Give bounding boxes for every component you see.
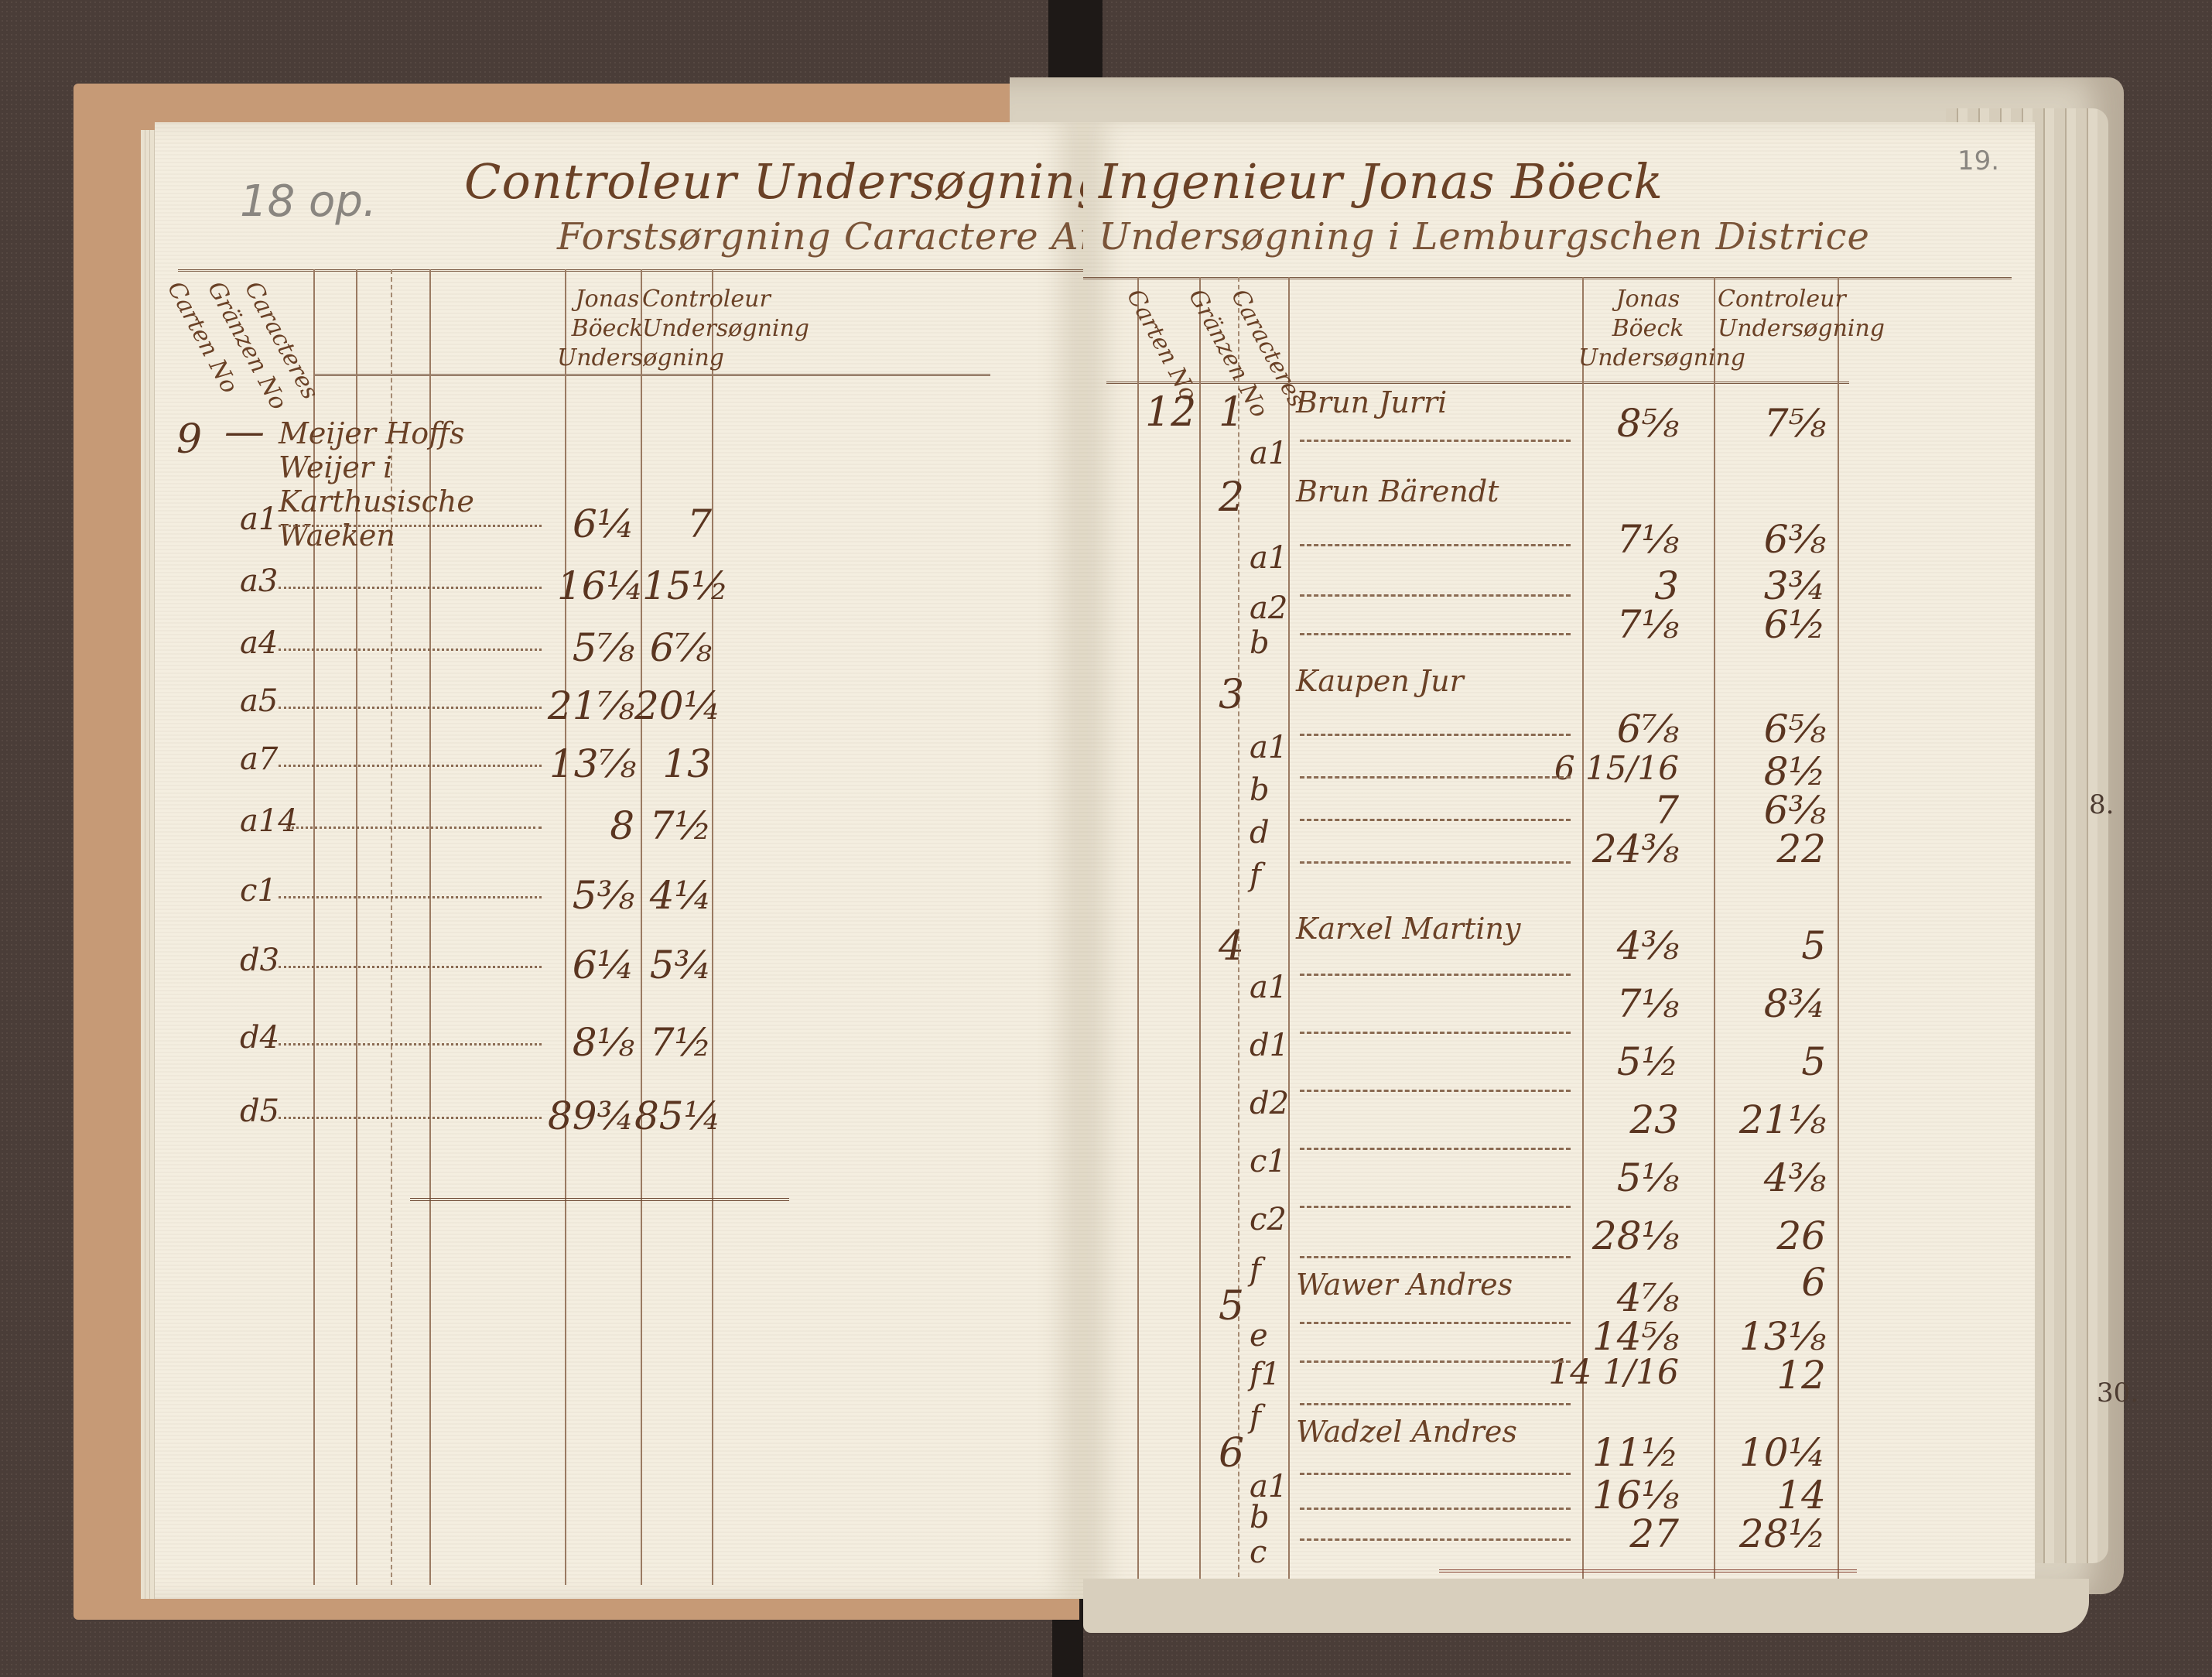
torn-page-edge: [1083, 1579, 2089, 1633]
dash-leader: [1300, 1403, 1571, 1405]
controleur-value: 26: [1718, 1213, 1826, 1258]
jonas-value: 23: [1578, 1097, 1679, 1142]
controleur-value: 4¼: [642, 873, 712, 918]
dash-leader: [1300, 1256, 1571, 1258]
dash-leader: [1300, 819, 1571, 821]
owner-name: Karxel Martiny: [1296, 912, 1520, 946]
controleur-value: 6½: [1718, 602, 1826, 647]
jonas-value: 6 15/16: [1547, 749, 1679, 787]
title-line2-right: Undersøgning i Lemburgschen Districe: [1099, 215, 1870, 258]
row-code: b: [1250, 772, 1270, 808]
jonas-value: 7⅛: [1578, 602, 1679, 647]
dash-leader: [1300, 594, 1571, 597]
closing-rule: [1439, 1569, 1857, 1573]
row-code: a7: [240, 741, 278, 777]
row-code: f: [1250, 1399, 1261, 1435]
row-code: c: [1250, 1535, 1267, 1570]
jonas-value: 5⅞: [557, 625, 634, 670]
dot-leader: [279, 707, 542, 709]
owner-name: Kaupen Jur: [1296, 664, 1464, 698]
dot-leader: [279, 587, 542, 589]
carten-number: 9: [176, 416, 202, 463]
granzen-number: 4: [1219, 923, 1244, 970]
controleur-value: 6⅞: [642, 625, 712, 670]
row-code: d: [1250, 815, 1270, 850]
controleur-value: 7⅝: [1718, 401, 1826, 446]
dash-leader: [1300, 1032, 1571, 1034]
row-code: d1: [1250, 1028, 1289, 1063]
dot-leader: [279, 966, 542, 968]
row-code: e: [1250, 1318, 1268, 1354]
controleur-value: 20¼: [634, 683, 712, 728]
controleur-value: 22: [1718, 827, 1826, 871]
header-rule: [1106, 382, 1849, 384]
jonas-value: 8⅝: [1578, 401, 1679, 446]
table-row: a4 5⅞ 6⅞: [155, 625, 1083, 672]
owner-name: Wadzel Andres: [1296, 1415, 1517, 1449]
jonas-value: 4⅜: [1578, 923, 1679, 968]
row-code: b: [1250, 1500, 1270, 1535]
jonas-value: 7⅛: [1578, 517, 1679, 562]
controleur-value: 6⅝: [1718, 707, 1826, 751]
header-controleur: Controleur Undersøgning: [642, 285, 735, 344]
row-code: a1: [1250, 436, 1287, 471]
row-code: a2: [1250, 590, 1287, 626]
controleur-value: 5¾: [642, 943, 712, 987]
row-code: f: [1250, 1252, 1261, 1288]
table-row: a3 16¼ 15½: [155, 563, 1083, 610]
jonas-value: 16¼: [557, 563, 634, 608]
table-row: a7 13⅞ 13: [155, 741, 1083, 788]
dash-leader: [1300, 734, 1571, 736]
dash-leader: [1300, 633, 1571, 635]
row-code: a14: [240, 803, 298, 839]
dot-leader: [279, 1043, 542, 1046]
table-row: d5 89¾ 85¼: [155, 1093, 1083, 1140]
right-page: Ingenieur Jonas Böeck Undersøgning i Lem…: [1083, 122, 2035, 1599]
row-code: a3: [240, 563, 278, 599]
jonas-value: 6¼: [573, 501, 634, 546]
jonas-value: 5⅛: [1578, 1155, 1679, 1200]
controleur-value: 4⅜: [1718, 1155, 1826, 1200]
margin-note-8: 8.: [2089, 789, 2114, 820]
dash-leader: [1300, 440, 1571, 442]
col-divider: [1288, 277, 1290, 1593]
dash-leader: [1300, 1538, 1571, 1541]
row-code: a4: [240, 625, 278, 661]
left-page: 18 op. Controleur Undersøgning over Fors…: [155, 122, 1083, 1599]
controleur-value: 8¾: [1718, 981, 1826, 1026]
controleur-value: 13: [642, 741, 712, 786]
row-code: f1: [1250, 1357, 1280, 1392]
controleur-value: 85¼: [634, 1093, 712, 1138]
dash-leader: [1300, 1508, 1571, 1510]
jonas-value: 13⅞: [549, 741, 634, 786]
controleur-value: 21⅛: [1718, 1097, 1826, 1142]
row-code: d5: [240, 1093, 279, 1129]
row-code: c1: [1250, 1144, 1287, 1179]
dot-leader: [279, 896, 542, 898]
controleur-value: 5: [1718, 1039, 1826, 1084]
row-code: a1: [1250, 970, 1287, 1005]
jonas-value: 8: [557, 803, 634, 848]
row-code: a1: [240, 501, 278, 537]
jonas-value: 6¼: [557, 943, 634, 987]
dash-leader: [1300, 861, 1571, 864]
row-code: d3: [240, 943, 279, 978]
row-code: a1: [1250, 540, 1287, 576]
dash-leader: [1300, 1206, 1571, 1208]
jonas-value: 8⅛: [557, 1020, 634, 1065]
row-code: d2: [1250, 1086, 1289, 1121]
row-code: c2: [1250, 1202, 1287, 1237]
dash-leader: [1300, 1148, 1571, 1150]
dot-leader: [279, 525, 542, 527]
dot-leader: [279, 649, 542, 651]
dash-leader: [1300, 1090, 1571, 1092]
controleur-value: 7½: [642, 803, 712, 848]
controleur-value: 10¼: [1718, 1430, 1826, 1475]
jonas-value: 5½: [1578, 1039, 1679, 1084]
jonas-value: 6⅞: [1578, 707, 1679, 751]
dot-leader: [279, 765, 542, 767]
dash-leader: [1300, 544, 1571, 546]
controleur-value: 12: [1718, 1353, 1826, 1398]
owner-name: Brun Bärendt: [1296, 474, 1499, 508]
table-row: a5 21⅞ 20¼: [155, 683, 1083, 730]
table-row: a14 8 7½: [155, 803, 1083, 850]
granzen-number: 1: [1219, 389, 1244, 436]
granzen-number: 2: [1219, 474, 1244, 521]
jonas-value: 21⅞: [542, 683, 634, 728]
col-divider: [565, 269, 566, 1585]
col-divider: [641, 269, 642, 1585]
dash-leader: [1300, 1322, 1571, 1324]
granzen-number: 5: [1219, 1283, 1244, 1330]
row-code: d4: [240, 1020, 279, 1056]
jonas-value: 27: [1563, 1511, 1679, 1556]
owner-name: Wawer Andres: [1296, 1268, 1513, 1302]
dot-leader: [286, 827, 542, 829]
closing-rule: [410, 1198, 789, 1201]
controleur-value: 5: [1718, 923, 1826, 968]
owner-name: Brun Jurri: [1296, 385, 1447, 419]
dash-leader: [1300, 1360, 1571, 1363]
title-line1-right: Ingenieur Jonas Böeck: [1099, 153, 1663, 210]
jonas-value: 14 1/16: [1540, 1353, 1679, 1392]
dash-leader: [1300, 776, 1571, 779]
col-divider: [1137, 277, 1139, 1593]
header-controleur: Controleur Undersøgning: [1718, 285, 1841, 344]
granzen-number: —: [224, 409, 265, 455]
controleur-value: 6⅜: [1718, 517, 1826, 562]
jonas-value: 89¾: [542, 1093, 634, 1138]
header-jonas-boeck: Jonas Böeck Undersøgning: [1578, 285, 1718, 373]
controleur-value: 7½: [642, 1020, 712, 1065]
dash-leader: [1300, 974, 1571, 976]
controleur-value: 15½: [642, 563, 712, 608]
table-top-rule: [1083, 277, 2012, 279]
col-divider: [1199, 277, 1201, 1593]
col-divider: [1714, 277, 1715, 1593]
folio-number: 19.: [1957, 145, 1999, 176]
dot-leader: [279, 1117, 542, 1119]
row-code: b: [1250, 625, 1270, 661]
table-row: c1 5⅜ 4¼: [155, 873, 1083, 919]
controleur-value: 7: [650, 501, 712, 546]
row-code: c1: [240, 873, 277, 909]
row-code: a1: [1250, 730, 1287, 765]
row-code: a5: [240, 683, 278, 719]
jonas-value: 5⅜: [557, 873, 634, 918]
jonas-value: 28⅛: [1563, 1213, 1679, 1258]
header-rule: [313, 374, 990, 376]
carten-number: 12: [1145, 389, 1196, 436]
row-code: f: [1250, 857, 1261, 893]
controleur-value: 28½: [1718, 1511, 1826, 1556]
dash-leader: [1300, 1473, 1571, 1475]
pencil-folio-mark: 18 op.: [240, 176, 377, 227]
table-row: d4 8⅛ 7½: [155, 1020, 1083, 1066]
col-divider: [712, 269, 713, 1585]
granzen-number: 3: [1219, 672, 1244, 718]
jonas-value: 11½: [1563, 1430, 1679, 1475]
table-row: d3 6¼ 5¾: [155, 943, 1083, 989]
jonas-value: 24⅜: [1563, 827, 1679, 871]
margin-note-30: 30.: [2097, 1378, 2138, 1408]
table-row: a1 6¼ 7: [155, 501, 1083, 548]
controleur-value: 6: [1718, 1260, 1826, 1305]
jonas-value: 7⅛: [1578, 981, 1679, 1026]
granzen-number: 6: [1219, 1430, 1244, 1477]
col-divider: [1838, 277, 1839, 1593]
